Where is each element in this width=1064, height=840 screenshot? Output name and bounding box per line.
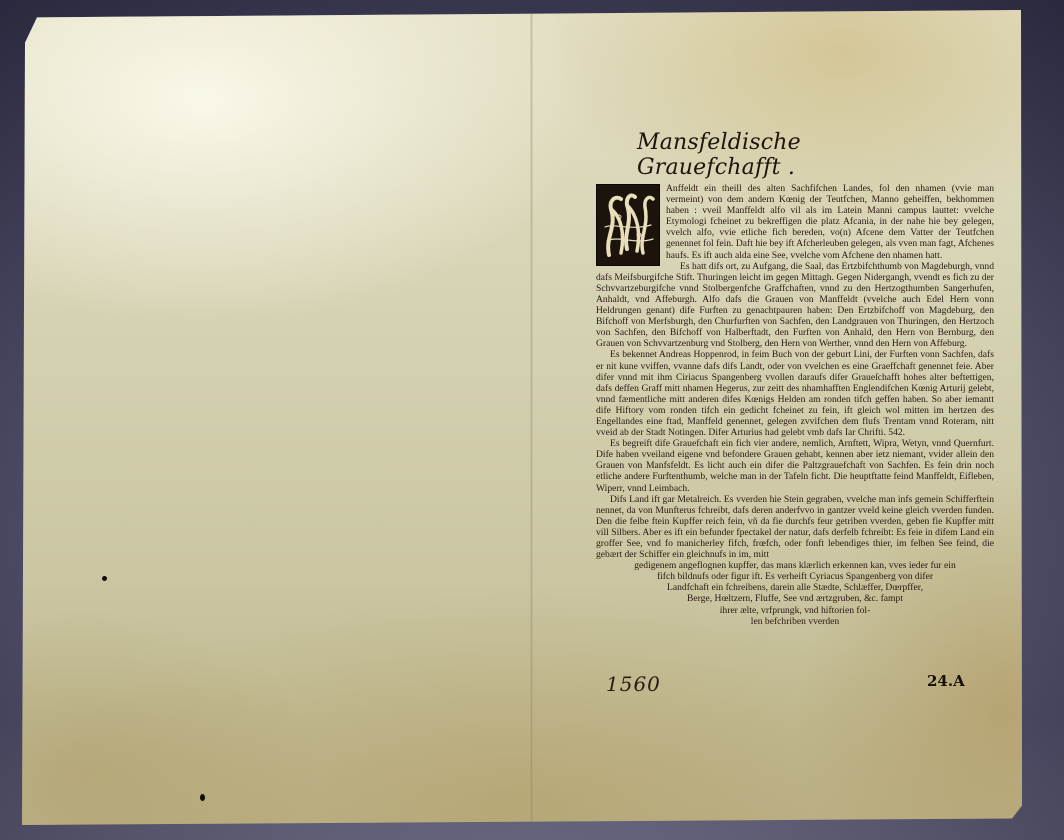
paragraph: Difs Land ift gar Metalreich. Es vverden… [596,494,994,561]
paragraph: Es begreift dife Grauefchaft ein fich vi… [596,438,994,493]
taper-line: Berge, Hœltzern, Fluffe, See vnd ærtzgru… [596,593,994,604]
paragraph: Es hatt difs ort, zu Aufgang, die Saal, … [596,261,994,350]
taper-line: gedigenem angeflognen kupffer, das mans … [596,560,994,571]
taper-line: Landfchaft ein fchreibens, darein alle S… [596,582,994,593]
taper-line: fifch bildnufs oder figur ift. Es verhei… [596,571,994,582]
wormhole-mark [200,794,205,801]
body-text: Anffeldt ein theill des alten Sachfifche… [596,183,994,627]
signature-mark: 24.A [927,672,965,690]
drop-cap-m-icon [599,187,657,263]
ornamental-drop-cap-icon [596,184,660,266]
taper-line: ihrer ælte, vrfprungk, vnd hiftorien fol… [596,605,994,616]
handwritten-year: 1560 [606,672,661,696]
page-title: Mansfeldische Grauefchafft . [637,130,937,180]
tapered-closing-paragraph: gedigenem angeflognen kupffer, das mans … [596,560,994,627]
taper-line: len befchriben vverden [596,616,994,627]
paragraph: Es bekennet Andreas Hoppenrod, in feim B… [596,349,994,438]
wormhole-mark [102,576,107,581]
center-fold-line [530,10,533,825]
